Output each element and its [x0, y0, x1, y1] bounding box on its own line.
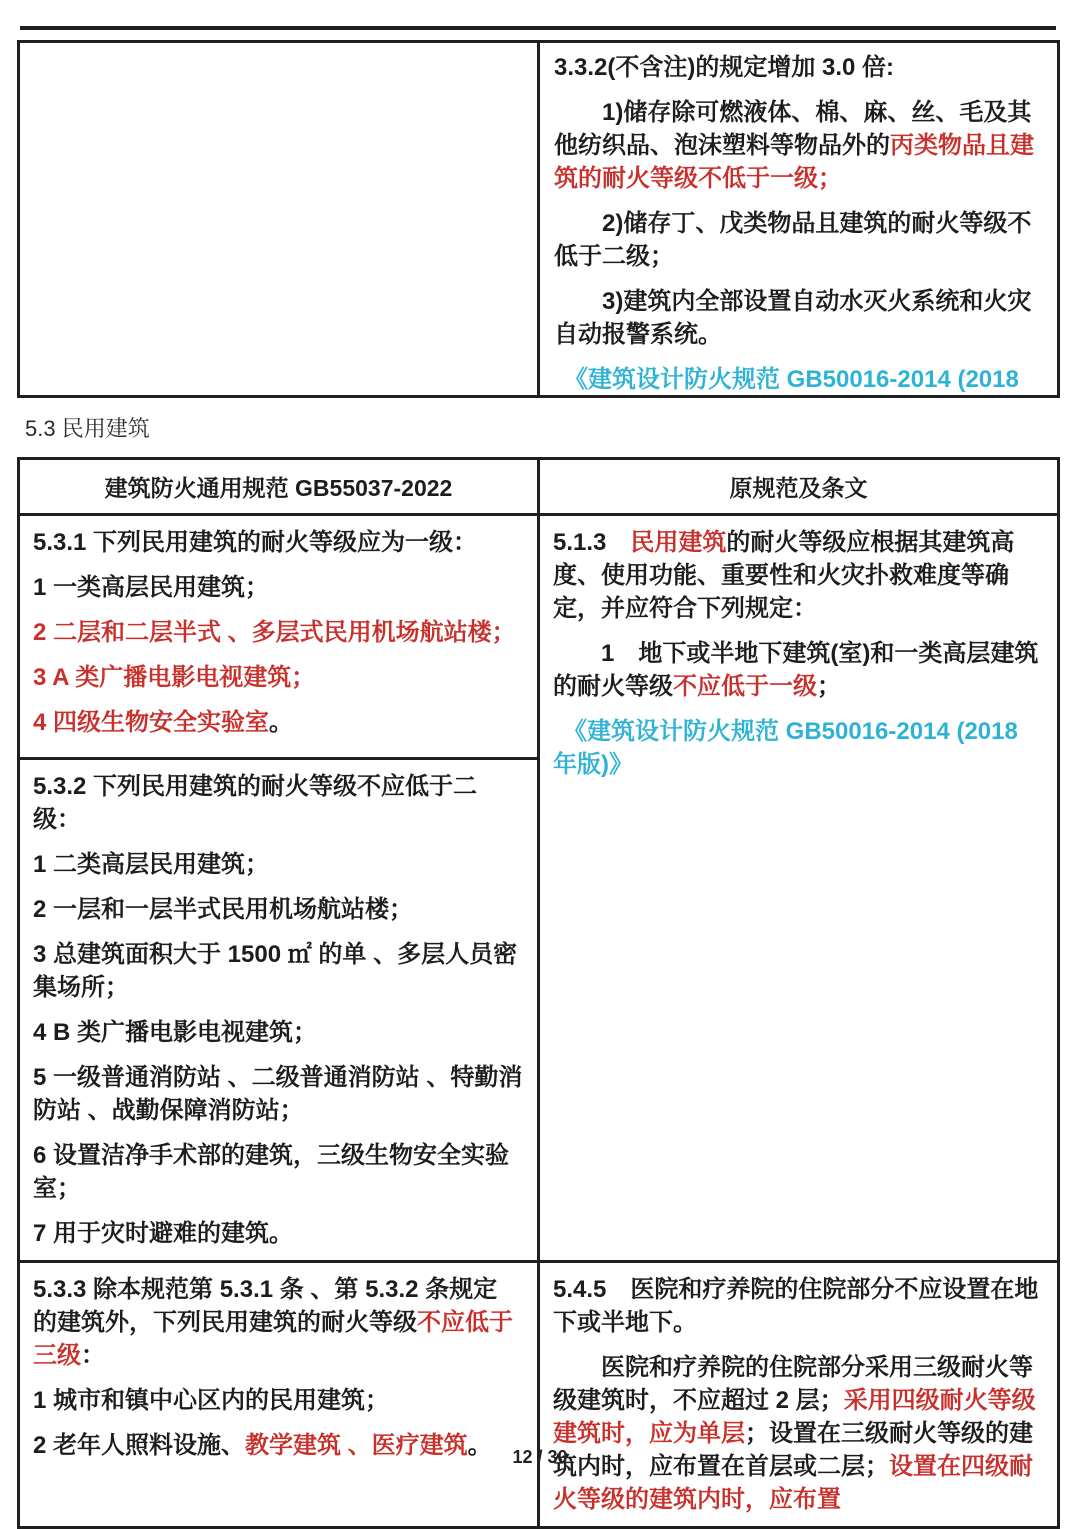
text-run: 3)建筑内全部设置自动水灭火系统和火灾自动报警系统。 [554, 288, 1031, 348]
paragraph: 5 一级普通消防站 、二级普通消防站 、特勤消防站 、战勤保障消防站； [33, 1061, 524, 1127]
text-run: 2)储存丁、戊类物品且建筑的耐火等级不低于二级； [554, 210, 1031, 270]
table1-original-regulation-cell: 3.3.2(不含注)的规定增加 3.0 倍:1)储存除可燃液体、棉、麻、丝、毛及… [540, 43, 1057, 395]
paragraph: 1 一类高层民用建筑； [33, 571, 524, 604]
page-top-rule [20, 26, 1056, 30]
paragraph: 6 设置洁净手术部的建筑，三级生物安全实验室； [33, 1139, 524, 1205]
header-new-code: 建筑防火通用规范 GB55037-2022 [19, 459, 539, 515]
cell-5-3-2: 5.3.2 下列民用建筑的耐火等级不应低于二级：1 二类高层民用建筑；2 一层和… [19, 759, 539, 1262]
table1-empty-cell [20, 43, 540, 395]
cell-5-3-1: 5.3.1 下列民用建筑的耐火等级应为一级：1 一类高层民用建筑；2 二层和二层… [19, 515, 539, 759]
comparison-table: 建筑防火通用规范 GB55037-2022 原规范及条文 5.3.1 下列民用建… [17, 457, 1060, 1529]
page-number: 12 / 30 [512, 1447, 567, 1467]
paragraph: 4 四级生物安全实验室。 [33, 706, 524, 739]
text-run: 1 一类高层民用建筑； [33, 574, 269, 601]
text-run: 3 A 类广播电影电视建筑； [33, 664, 315, 691]
text-run: 。 [269, 709, 293, 736]
text-run: 《建筑设计防火规范 GB50016-2014 (2018 年版)》 [553, 718, 1018, 778]
paragraph: 4 B 类广播电影电视建筑； [33, 1016, 524, 1049]
paragraph: 1 地下或半地下建筑(室)和一类高层建筑的耐火等级不应低于一级； [553, 637, 1044, 703]
text-run: ： [81, 1342, 105, 1369]
paragraph: 5.3.2 下列民用建筑的耐火等级不应低于二级： [33, 770, 524, 836]
paragraph: 2)储存丁、戊类物品且建筑的耐火等级不低于二级； [554, 207, 1045, 273]
paragraph: 3)建筑内全部设置自动水灭火系统和火灾自动报警系统。 [554, 285, 1045, 351]
page-footer: 12 / 30 [0, 1447, 1080, 1468]
text-run: 5.3.1 下列民用建筑的耐火等级应为一级： [33, 529, 477, 556]
paragraph: 5.1.3 民用建筑的耐火等级应根据其建筑高度、使用功能、重要性和火灾扑救难度等… [553, 526, 1044, 625]
cell-5-1-3: 5.1.3 民用建筑的耐火等级应根据其建筑高度、使用功能、重要性和火灾扑救难度等… [539, 515, 1059, 1262]
paragraph: 7 用于灾时避难的建筑。 [33, 1217, 524, 1250]
paragraph: 3 总建筑面积大于 1500 ㎡ 的单 、多层人员密集场所； [33, 938, 524, 1004]
cell-5-4-5: 5.4.5 医院和疗养院的住院部分不应设置在地下或半地下。医院和疗养院的住院部分… [539, 1262, 1059, 1528]
text-run: ； [817, 673, 841, 700]
paragraph: 3.3.2(不含注)的规定增加 3.0 倍: [554, 51, 1045, 84]
text-run: 4 B 类广播电影电视建筑； [33, 1019, 317, 1046]
text-run: 6 设置洁净手术部的建筑，三级生物安全实验室； [33, 1142, 509, 1202]
paragraph: 1 二类高层民用建筑； [33, 848, 524, 881]
text-run: 1 城市和镇中心区内的民用建筑； [33, 1387, 389, 1414]
comparison-table-continued: 3.3.2(不含注)的规定增加 3.0 倍:1)储存除可燃液体、棉、麻、丝、毛及… [17, 40, 1060, 398]
cell-5-3-3: 5.3.3 除本规范第 5.3.1 条 、第 5.3.2 条规定 的建筑外，下列… [19, 1262, 539, 1528]
text-run: 2 一层和一层半式民用机场航站楼； [33, 896, 413, 923]
paragraph: 5.3.1 下列民用建筑的耐火等级应为一级： [33, 526, 524, 559]
paragraph: 1)储存除可燃液体、棉、麻、丝、毛及其他纺织品、泡沫塑料等物品外的丙类物品且建筑… [554, 96, 1045, 195]
text-run: 5.4.5 医院和疗养院的住院部分不应设置在地下或半地下。 [553, 1276, 1038, 1336]
table-header-row: 建筑防火通用规范 GB55037-2022 原规范及条文 [19, 459, 1059, 515]
paragraph: 医院和疗养院的住院部分采用三级耐火等级建筑时，不应超过 2 层；采用四级耐火等级… [553, 1351, 1044, 1516]
text-run: 3 总建筑面积大于 1500 ㎡ 的单 、多层人员密集场所； [33, 941, 517, 1001]
text-run: 5.3.2 下列民用建筑的耐火等级不应低于二级： [33, 773, 477, 833]
text-run: 4 四级生物安全实验室 [33, 709, 269, 736]
text-run: 民用建筑 [630, 529, 726, 556]
paragraph: 1 城市和镇中心区内的民用建筑； [33, 1384, 524, 1417]
text-run: 3.3.2(不含注)的规定增加 3.0 倍: [554, 54, 894, 81]
paragraph: 2 二层和二层半式 、多层式民用机场航站楼； [33, 616, 524, 649]
text-run: 1 二类高层民用建筑； [33, 851, 269, 878]
text-run: 5 一级普通消防站 、二级普通消防站 、特勤消防站 、战勤保障消防站； [33, 1064, 522, 1124]
paragraph: 《建筑设计防火规范 GB50016-2014 (2018 年版)》 [554, 363, 1045, 398]
section-heading: 5.3 民用建筑 [25, 412, 150, 443]
text-run: 不应低于一级 [673, 673, 817, 700]
paragraph: 5.3.3 除本规范第 5.3.1 条 、第 5.3.2 条规定 的建筑外，下列… [33, 1273, 524, 1372]
text-run: 5.1.3 [553, 529, 630, 556]
paragraph: 2 一层和一层半式民用机场航站楼； [33, 893, 524, 926]
table-row: 5.3.3 除本规范第 5.3.1 条 、第 5.3.2 条规定 的建筑外，下列… [19, 1262, 1059, 1528]
paragraph: 《建筑设计防火规范 GB50016-2014 (2018 年版)》 [553, 715, 1044, 781]
text-run: 《建筑设计防火规范 GB50016-2014 (2018 年版)》 [554, 366, 1019, 398]
paragraph: 5.4.5 医院和疗养院的住院部分不应设置在地下或半地下。 [553, 1273, 1044, 1339]
table-row: 5.3.1 下列民用建筑的耐火等级应为一级：1 一类高层民用建筑；2 二层和二层… [19, 515, 1059, 759]
text-run: 2 二层和二层半式 、多层式民用机场航站楼； [33, 619, 516, 646]
header-old-code: 原规范及条文 [539, 459, 1059, 515]
text-run: 7 用于灾时避难的建筑。 [33, 1220, 293, 1247]
paragraph: 3 A 类广播电影电视建筑； [33, 661, 524, 694]
